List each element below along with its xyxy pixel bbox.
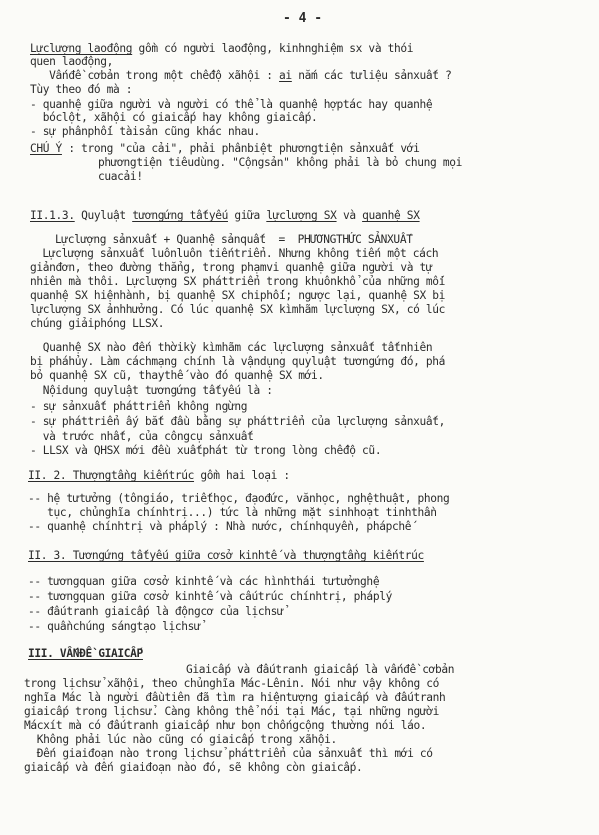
section-heading-113: II.1.3. Quyluật tươngứng tấtyếu giữa lực… <box>30 209 420 222</box>
text-line: Vấnđề cơbản trong một chếđộ xãhội : <box>30 69 279 82</box>
list-item: -- quanhệ chínhtrị và pháplý : Nhà nước,… <box>28 520 411 533</box>
text-line: giaicấp và đến giaiđoạn nào đó, sẽ không… <box>24 761 362 774</box>
text-line: : trong "của cải", phải phânbiệt phươngt… <box>62 142 420 155</box>
note-label: CHÚ Ý <box>30 142 62 155</box>
text-line: giảnđơn, theo đường thẳng, trong phạmvi … <box>30 261 432 274</box>
bullet-line: - LLSX và QHSX mới đều xuấtphát từ trong… <box>30 444 381 457</box>
text-line: Lựclượng sảnxuất luônluôn tiếntriển. Như… <box>36 247 438 260</box>
text-span: giữa <box>228 209 266 222</box>
list-item: -- tươngquan giữa cơsở kinhtế và cấutrúc… <box>28 590 392 603</box>
key-word: ai <box>279 69 292 82</box>
text-span: và <box>337 209 363 222</box>
text-line: cuacải! <box>98 170 143 183</box>
section-heading-III: III. VẤNĐỀ GIAICẤP <box>28 647 143 660</box>
para-labor-force: Lựclượng laođộng gồm có người laođộng, k… <box>30 42 413 55</box>
text-line: Mácxít mà có đấutranh giaicấp như bọn ch… <box>24 719 426 732</box>
bullet-line: - quanhệ giữa người và người có thể là q… <box>30 98 432 111</box>
para-key-question: Vấnđề cơbản trong một chếđộ xãhội : ai n… <box>30 69 451 82</box>
list-item: -- đấutranh giaicấp là độngcơ của lịchsử <box>28 605 283 618</box>
term-labor-force: Lựclượng laođộng <box>30 42 132 55</box>
text-line: nhiên mà thôi. Lựclượng SX pháttriển tro… <box>30 275 445 288</box>
text-span: tươngứng tấtyếu <box>132 209 228 222</box>
section-heading-2: II. 2. Thượngtầng kiếntrúc gồm hai loại … <box>28 469 290 482</box>
document-page: - 4 - Lựclượng laođộng gồm có người laođ… <box>0 0 599 835</box>
text-line: lựclượng SX ảnhhưởng. Có lúc quanhệ SX k… <box>30 303 445 316</box>
text-span: lựclượng SX <box>266 209 336 222</box>
bullet-line: và trước nhất, của côngcụ sảnxuất <box>30 430 254 443</box>
bullet-line: - sự pháttriển ấy bắt đầu bằng sự pháttr… <box>30 415 445 428</box>
bullet-line: - sự phânphối tàisản cũng khác nhau. <box>30 125 260 138</box>
text-line: bỏ quanhệ SX cũ, thaythế vào đó quanhệ S… <box>30 369 324 382</box>
page-number: - 4 - <box>283 12 322 25</box>
text-line: gồm có người laođộng, kinhnghiệm sx và t… <box>132 42 413 55</box>
text-line: trong lịchsử xãhội, theo chủnghĩa Mác-Lê… <box>24 677 439 690</box>
section-heading-3: II. 3. Tươngứng tấtyếu giữa cơsở kinhtế … <box>28 549 424 562</box>
list-item: tục, chủnghĩa chínhtrị...) tức là những … <box>28 506 437 519</box>
bullet-line: - sự sảnxuất pháttriển không ngừng <box>30 400 247 413</box>
text-line: bị pháhủy. Làm cáchmạng chính là vậndụng… <box>30 355 445 368</box>
text-line: giaicấp trong lịchsử. Càng không thể nói… <box>24 705 439 718</box>
text-line: Tùy theo đó mà : <box>30 83 132 96</box>
text-line: Nộidung quyluật tươngứng tấtyếu là : <box>30 384 273 397</box>
list-item: -- quầnchúng sángtạo lịchsử <box>28 620 200 633</box>
note-block: CHÚ Ý : trong "của cải", phải phânbiệt p… <box>30 142 420 155</box>
text-span: gồm hai loại : <box>194 469 290 482</box>
text-line: nghĩa Mác là người đầutiên đã tìm ra hiệ… <box>24 691 445 704</box>
text-line: nắm các tưliệu sảnxuất ? <box>292 69 452 82</box>
list-item: -- tươngquan giữa cơsở kinhtế và các hìn… <box>28 575 379 588</box>
text-line: quen laođộng, <box>30 55 113 68</box>
text-line: Giaicấp và đấutranh giaicấp là vấnđề cơb… <box>186 663 454 676</box>
text-line: chúng giảiphóng LLSX. <box>30 317 164 330</box>
text-line: Quanhệ SX nào đến thờikỳ kìmhãm các lựcl… <box>30 341 432 354</box>
text-span: Quyluật <box>75 209 132 222</box>
bullet-line: bóclột, xãhội có giaicấp hay không giaic… <box>30 111 317 124</box>
text-line: quanhệ SX hiệnhành, bị quanhệ SX chiphối… <box>30 289 445 302</box>
text-line: Đến giaiđoạn nào trong lịchsử pháttriển … <box>24 747 433 760</box>
text-line: Không phải lúc nào cũng có giaicấp trong… <box>24 733 337 746</box>
text-line: phươngtiện tiêudùng. "Cộngsản" không phả… <box>98 156 462 169</box>
section-number: II.1.3. <box>30 209 75 222</box>
formula-line: Lựclượng sảnxuất + Quanhệ sảnquất = PHƯƠ… <box>55 233 413 246</box>
text-span: quanhệ SX <box>362 209 419 222</box>
section-title: II. 2. Thượngtầng kiếntrúc <box>28 469 194 482</box>
list-item: -- hệ tưtưởng (tôngiáo, triếthọc, đạođức… <box>28 492 449 505</box>
